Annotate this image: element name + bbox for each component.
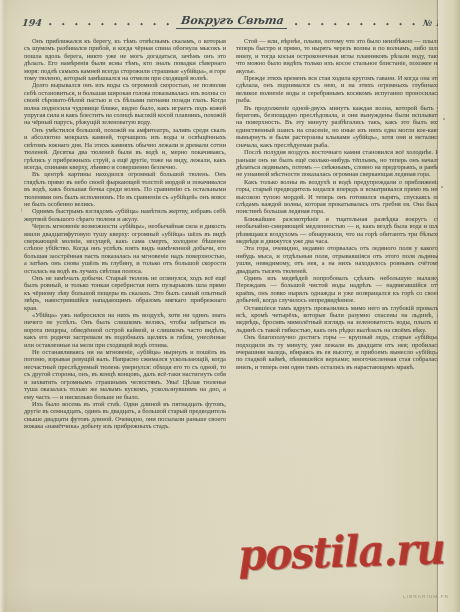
paragraph: Онъ приближался къ берегу, къ тѣмъ отвѣс… [24, 38, 226, 82]
masthead-title: Вокругъ Свѣта [176, 14, 289, 29]
paragraph: «Убійца» ужъ набросился на нихъ въ возду… [24, 312, 226, 349]
postila-watermark: postila.ru [237, 525, 445, 581]
paragraph: Ихъ было восемь въ этой стаѣ. Одни длино… [24, 401, 226, 431]
paragraph: Не останавливаясь ни на мгновеніе, «убій… [24, 349, 226, 401]
paragraph: Стой — или, вѣрнѣе, плыви, потому что эт… [236, 38, 440, 75]
paragraph: Черезъ мгновеніе возможности «убійцы», н… [24, 223, 226, 275]
paragraph: Однимъ быстрымъ взглядомъ «убійца» намѣт… [24, 208, 226, 223]
scanned-magazine-page: 194 ◆ ◆ ◆ ◆ ◆ ◆ ◆ ◆ ◆ ◆ ◆ ◆ ◆ Вокругъ Св… [0, 0, 460, 612]
librarium-credit: LIBRARIUM.FR [403, 595, 449, 600]
paragraph: Онъ благополучно достигъ горы — крупный … [236, 334, 440, 371]
paragraph: Онъ умѣстился большой, похожій на амфите… [24, 127, 226, 171]
page-left-edge [0, 0, 5, 612]
paragraph: Эта гора, очевидно, недавно оторвалась о… [236, 245, 440, 275]
paragraph: Прежде этихъ временъ вся стая ходила кру… [236, 75, 440, 105]
paragraph: Въ продолженіе одной-двухъ минутъ каждая… [236, 105, 440, 149]
paragraph: Долго вырывался онъ изъ воды съ огромной… [24, 82, 226, 126]
ornament-dots-right: ◆ ◆ ◆ ◆ ◆ ◆ ◆ ◆ ◆ ◆ ◆ ◆ ◆ [295, 22, 416, 29]
paragraph: Послѣ полудня воздухъ восточнаго камня с… [236, 149, 440, 179]
paragraph: Въ центрѣ картины находился огромный бол… [24, 171, 226, 208]
paragraph: Ближайшее разсмотрѣніе и тщательная разв… [236, 216, 440, 246]
paper-speck [21, 208, 22, 212]
paragraph: Онъ не замѣчалъ добычи. Старый тюлень не… [24, 275, 226, 312]
paragraph: Оставшіеся тамъ вдругъ провалились мимо … [236, 305, 440, 335]
page-right-edge [438, 0, 460, 612]
paper-speck [443, 118, 445, 120]
paper-speck [441, 186, 443, 188]
page-number: 194 [21, 18, 42, 29]
page-header: 194 ◆ ◆ ◆ ◆ ◆ ◆ ◆ ◆ ◆ ◆ ◆ ◆ ◆ Вокругъ Св… [22, 14, 447, 29]
ornament-dots-left: ◆ ◆ ◆ ◆ ◆ ◆ ◆ ◆ ◆ ◆ ◆ ◆ ◆ [49, 22, 170, 29]
paragraph: Какъ только волны въ воздухѣ и водѣ пред… [236, 179, 440, 216]
text-column-right: Стой — или, вѣрнѣе, плыви, потому что эт… [236, 38, 440, 595]
text-column-left: Онъ приближался къ берегу, къ тѣмъ отвѣс… [24, 38, 226, 595]
paragraph: Одинъ изъ медвѣдей попробовалъ сдѣлать н… [236, 275, 440, 305]
